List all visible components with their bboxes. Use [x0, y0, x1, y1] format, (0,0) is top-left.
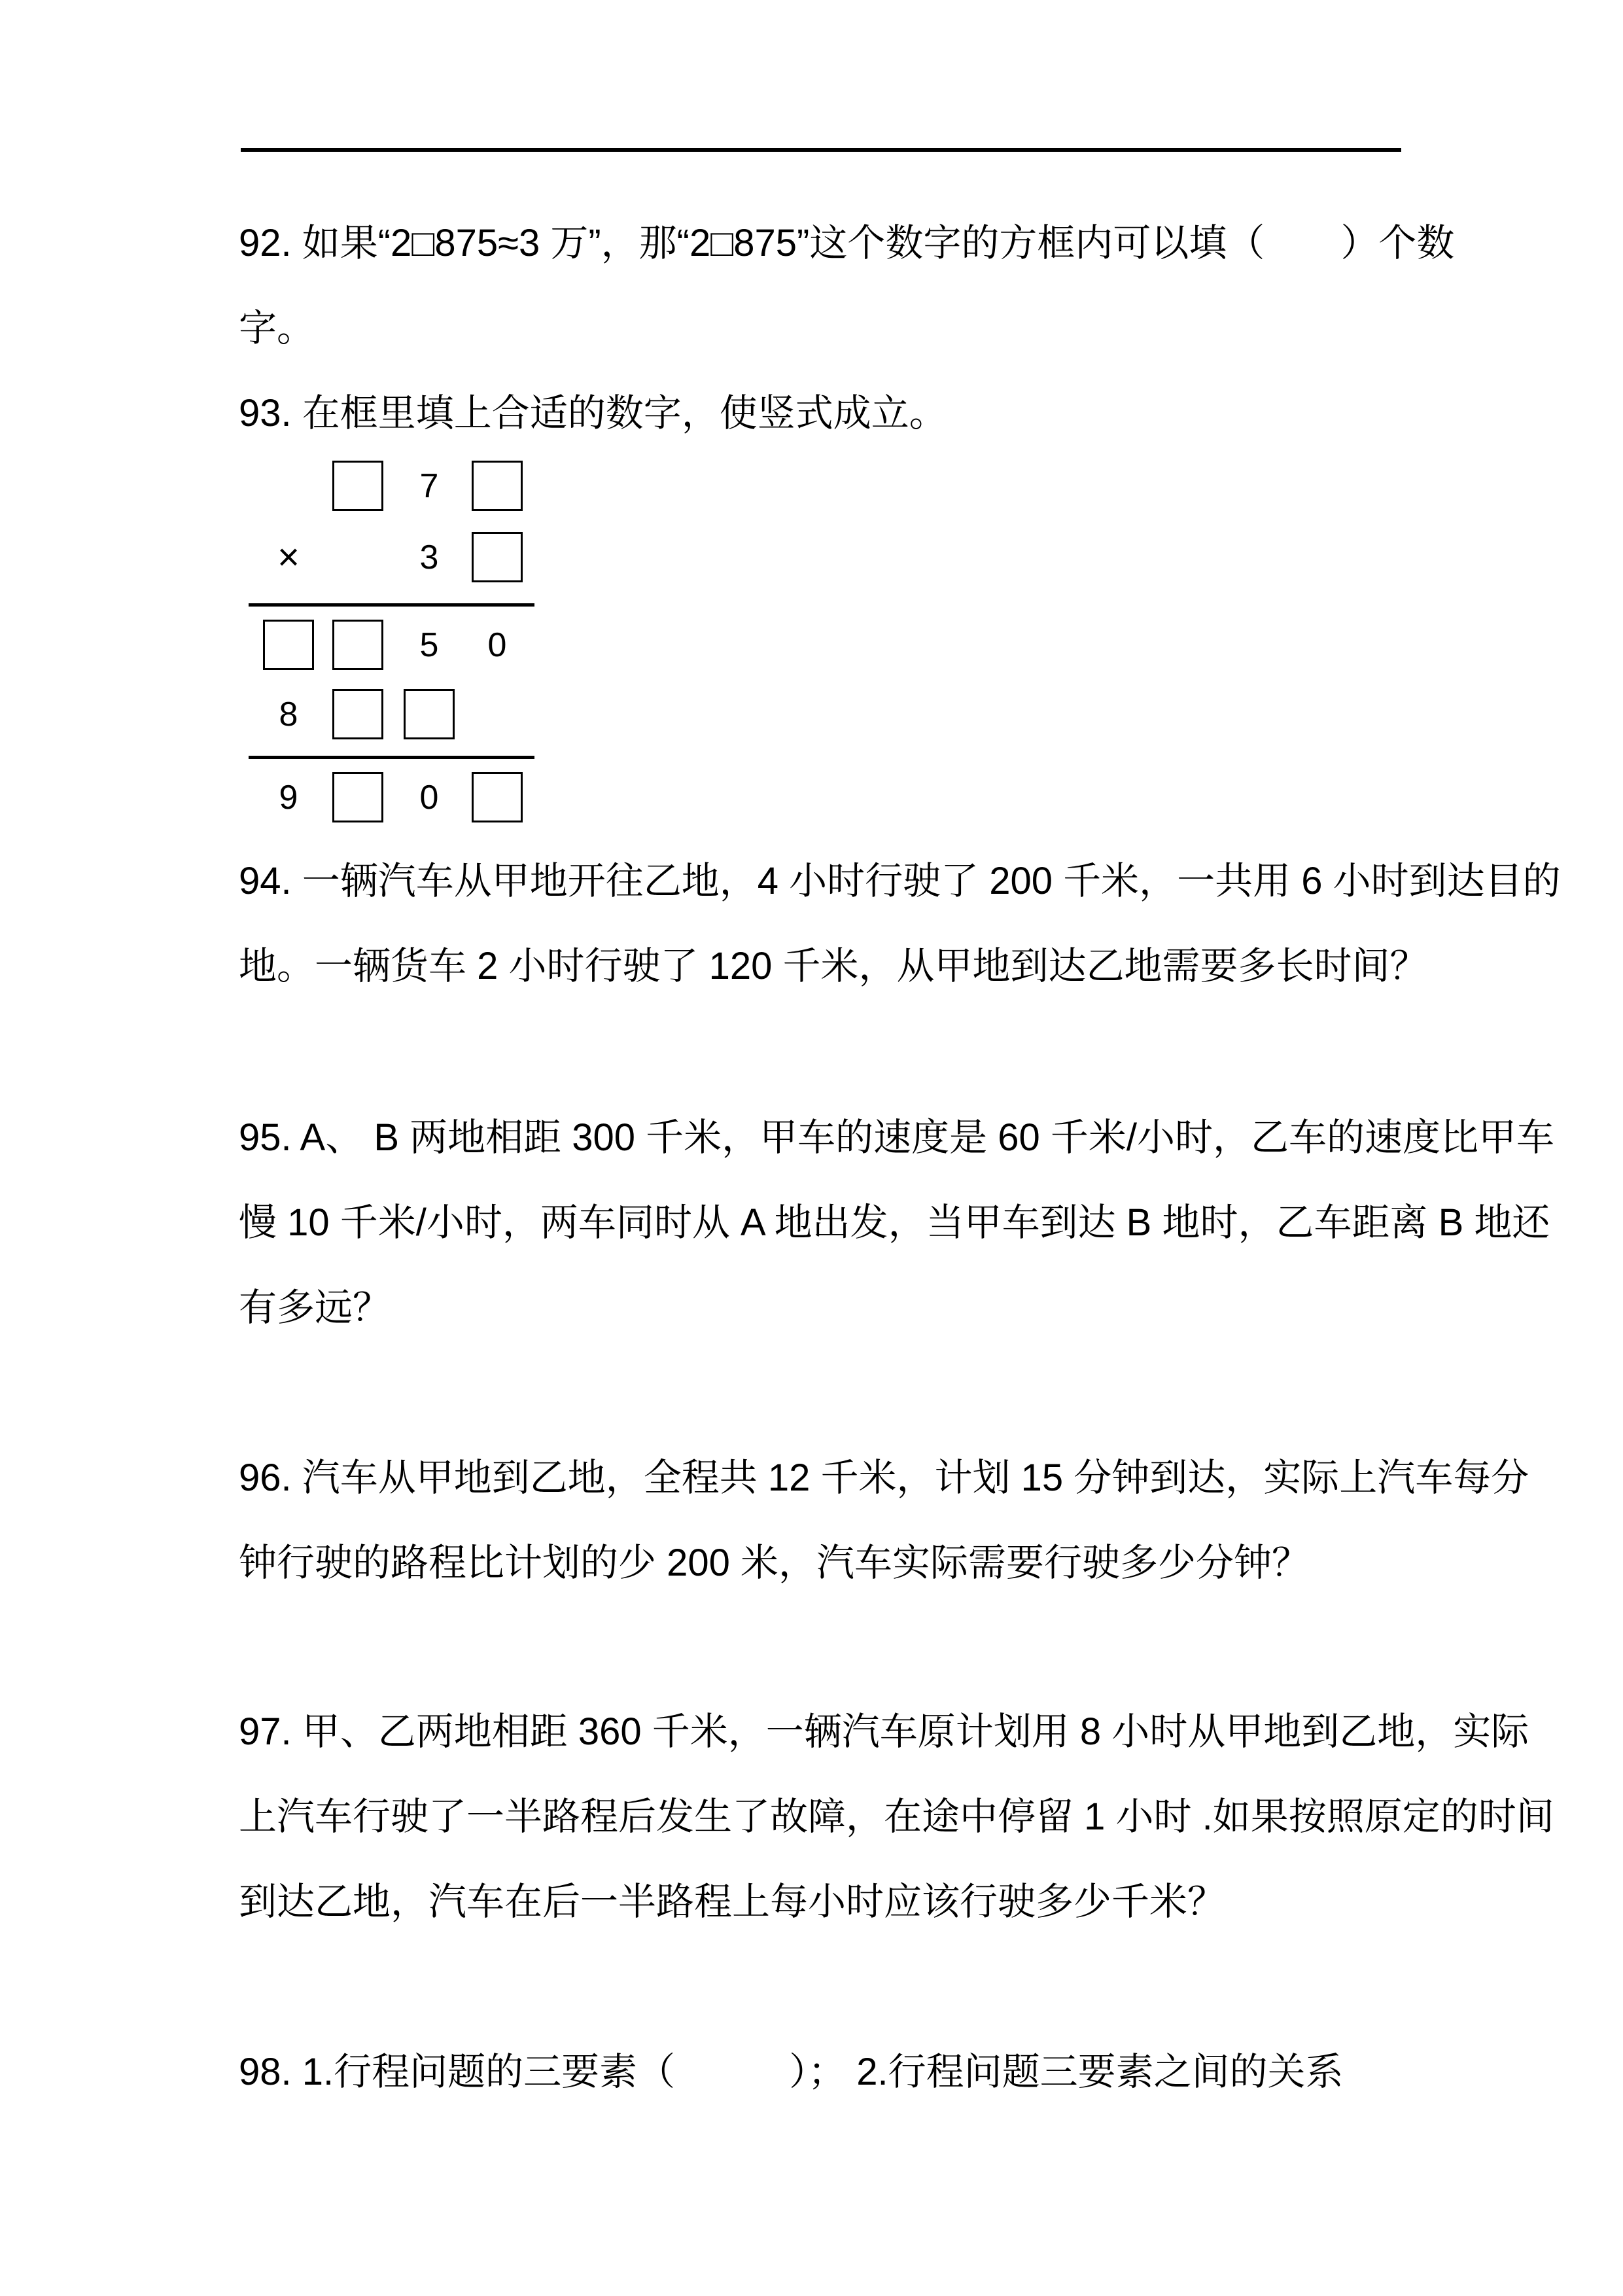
answer-box — [472, 772, 523, 822]
equation-digit: 5 — [404, 620, 455, 670]
answer-box — [472, 532, 523, 582]
question-97: 97. 甲、乙两地相距 360 千米，一辆汽车原计划用 8 小时从甲地到乙地，实… — [239, 1689, 1410, 1945]
question-95: 95. A、 B 两地相距 300 千米，甲车的速度是 60 千米/小时，乙车的… — [239, 1095, 1410, 1351]
equation-rule — [249, 756, 534, 759]
answer-box — [332, 461, 383, 511]
answer-box — [472, 461, 523, 511]
text-line: 慢 10 千米/小时，两车同时从 A 地出发，当甲车到达 B 地时，乙车距离 B… — [239, 1180, 1410, 1265]
answer-box — [404, 689, 455, 739]
question-94: 94. 一辆汽车从甲地开往乙地，4 小时行驶了 200 千米，一共用 6 小时到… — [239, 839, 1410, 1009]
question-96: 96. 汽车从甲地到乙地，全程共 12 千米，计划 15 分钟到达，实际上汽车每… — [239, 1436, 1410, 1606]
equation-digit: 3 — [404, 532, 455, 582]
answer-box — [263, 620, 314, 670]
answer-box — [332, 772, 383, 822]
text-line: 97. 甲、乙两地相距 360 千米，一辆汽车原计划用 8 小时从甲地到乙地，实… — [239, 1689, 1410, 1775]
times-sign: × — [263, 532, 314, 582]
worksheet-page: 92. 如果“2□875≈3 万”，那“2□875”这个数字的方框内可以填（ ）… — [0, 0, 1623, 2296]
answer-box — [332, 689, 383, 739]
text-line: 钟行驶的路程比计划的少 200 米，汽车实际需要行驶多少分钟？ — [239, 1521, 1410, 1606]
question-92: 92. 如果“2□875≈3 万”，那“2□875”这个数字的方框内可以填（ ）… — [239, 201, 1410, 371]
text-line: 94. 一辆汽车从甲地开往乙地，4 小时行驶了 200 千米，一共用 6 小时到… — [239, 839, 1410, 924]
text-line: 上汽车行驶了一半路程后发生了故障，在途中停留 1 小时 .如果按照原定的时间 — [239, 1775, 1410, 1860]
question-93: 93. 在框里填上合适的数字，使竖式成立。 — [239, 371, 1410, 456]
text-line: 到达乙地，汽车在后一半路程上每小时应该行驶多少千米？ — [239, 1860, 1410, 1945]
equation-digit: 0 — [472, 620, 523, 670]
text-line: 92. 如果“2□875≈3 万”，那“2□875”这个数字的方框内可以填（ ）… — [239, 201, 1410, 286]
answer-box — [332, 620, 383, 670]
question-98: 98. 1.行程问题的三要素（ ）； 2.行程问题三要素之间的关系 — [239, 2030, 1410, 2115]
header-rule — [241, 148, 1401, 152]
text-line: 95. A、 B 两地相距 300 千米，甲车的速度是 60 千米/小时，乙车的… — [239, 1095, 1410, 1180]
text-line: 字。 — [239, 286, 1410, 371]
equation-digit: 0 — [404, 772, 455, 822]
equation-digit: 8 — [263, 689, 314, 739]
text-line: 98. 1.行程问题的三要素（ ）； 2.行程问题三要素之间的关系 — [239, 2030, 1410, 2115]
equation-rule — [249, 603, 534, 607]
text-line: 93. 在框里填上合适的数字，使竖式成立。 — [239, 371, 1410, 456]
equation-digit: 9 — [263, 772, 314, 822]
text-line: 地。一辆货车 2 小时行驶了 120 千米，从甲地到达乙地需要多长时间？ — [239, 924, 1410, 1009]
text-line: 96. 汽车从甲地到乙地，全程共 12 千米，计划 15 分钟到达，实际上汽车每… — [239, 1436, 1410, 1521]
equation-digit: 7 — [404, 461, 455, 511]
text-line: 有多远？ — [239, 1265, 1410, 1351]
